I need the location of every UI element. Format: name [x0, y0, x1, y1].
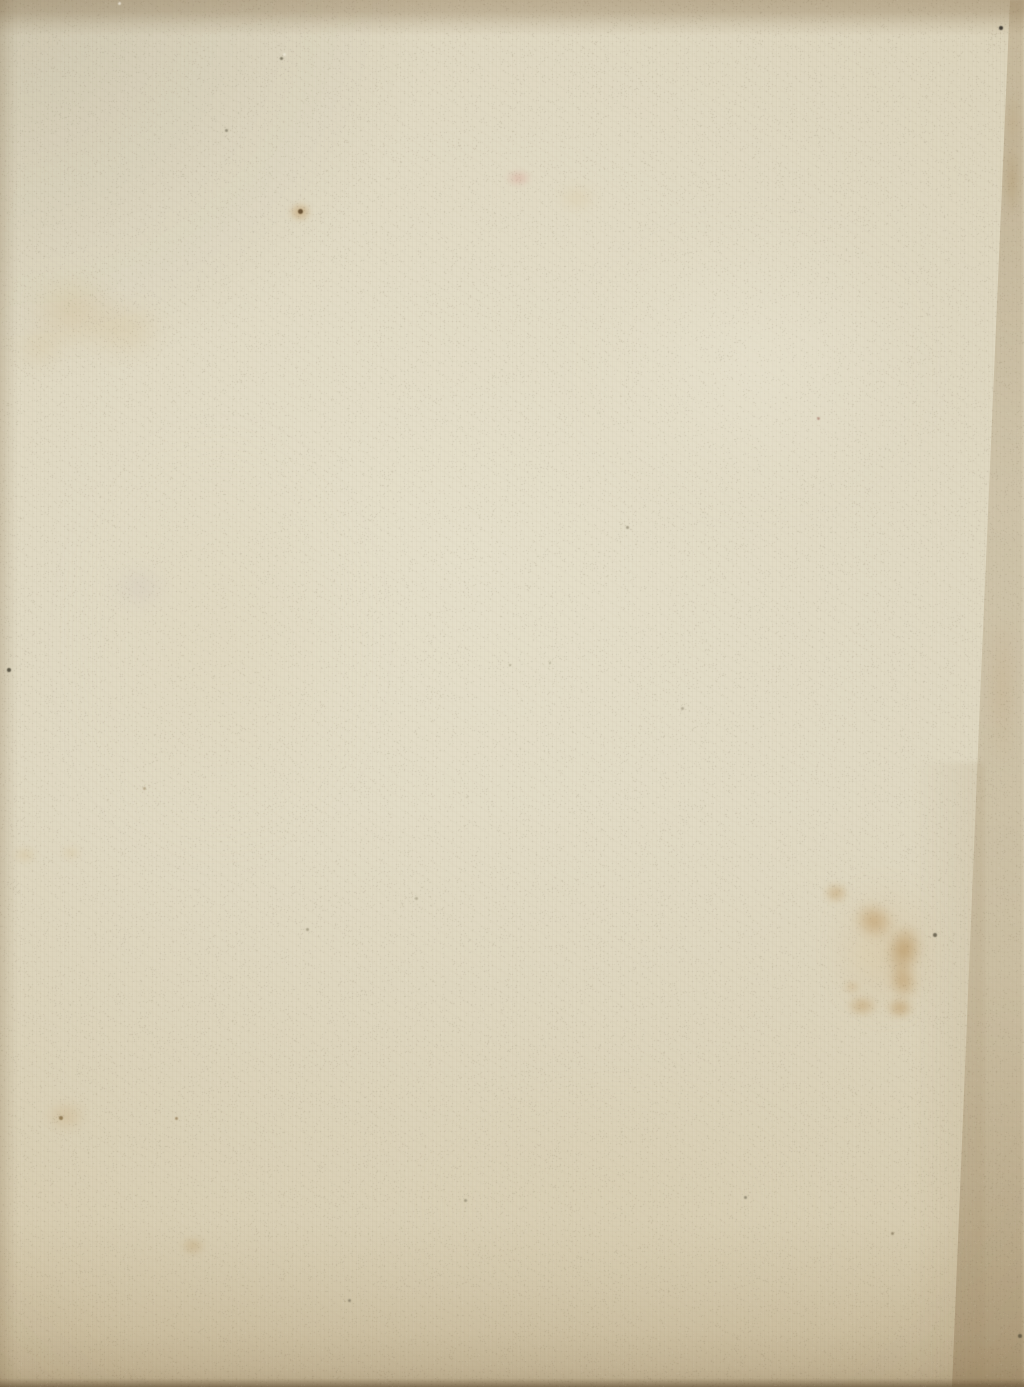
vignette-overlay: [0, 0, 1024, 1387]
aged-paper-page-photo: [0, 0, 1024, 1387]
